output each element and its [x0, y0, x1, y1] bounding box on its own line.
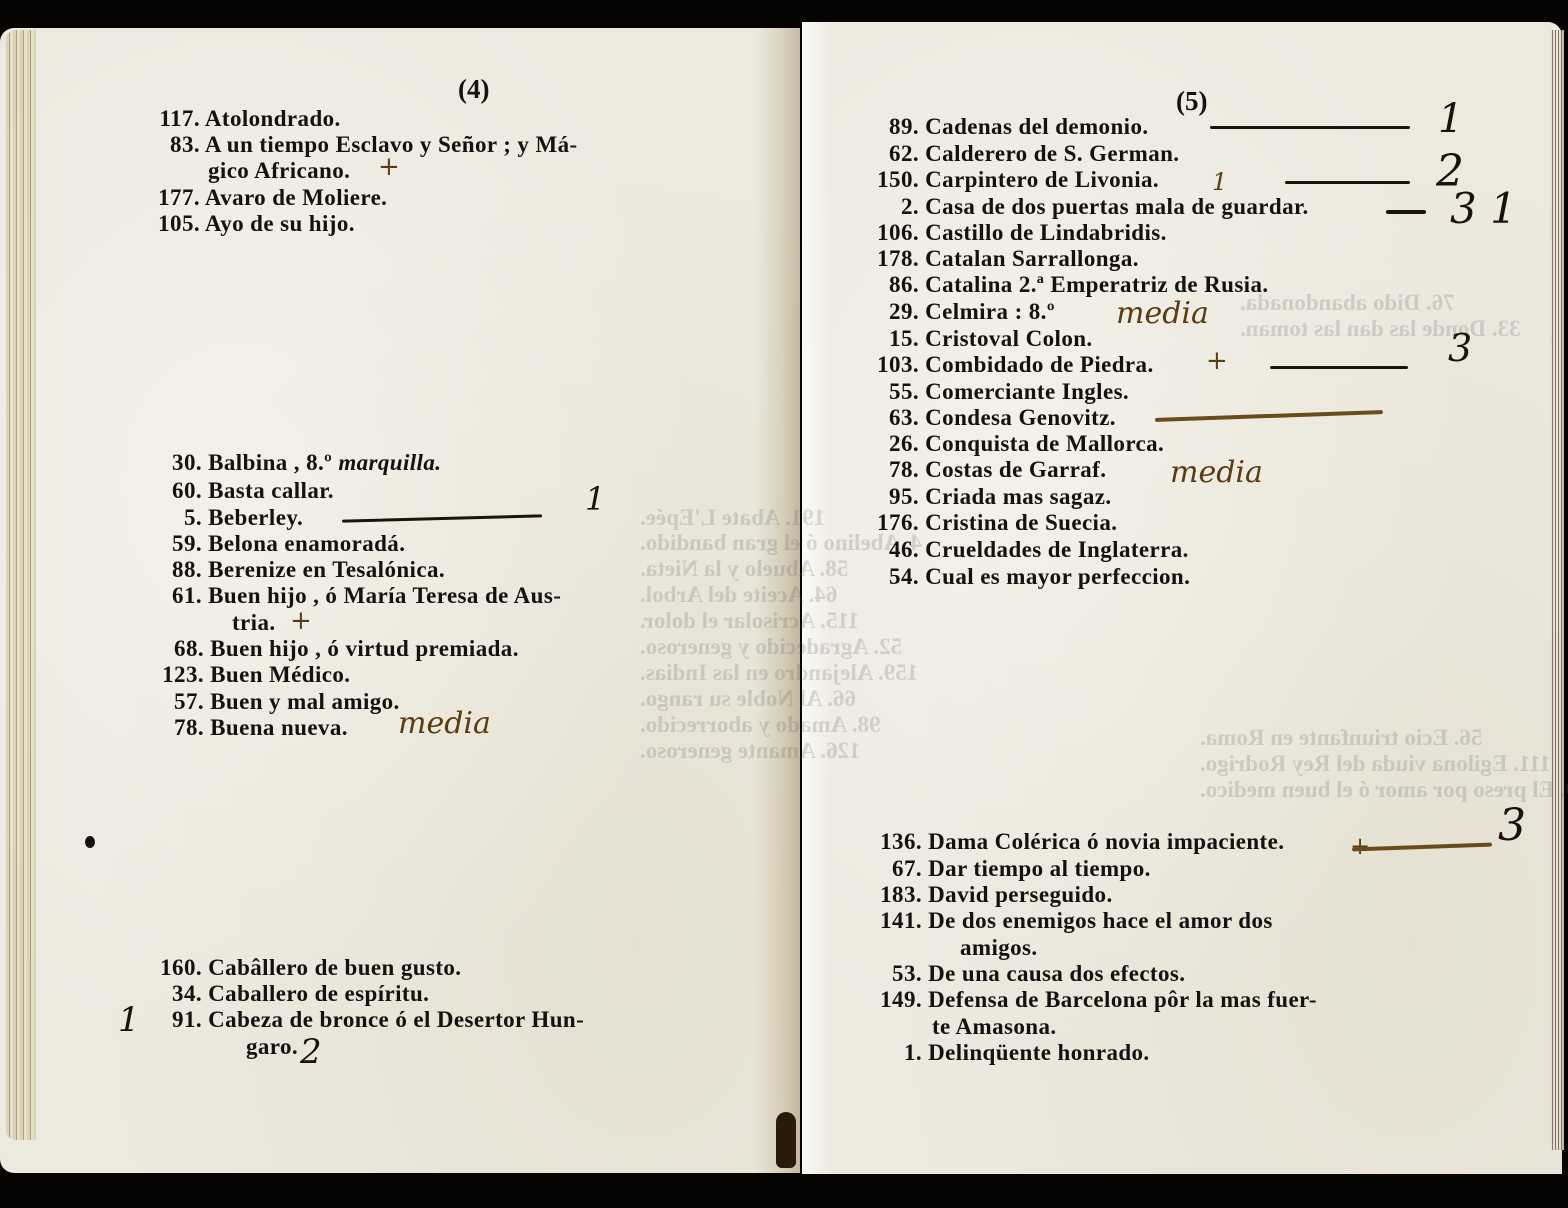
- catalog-entry: 105. Ayo de su hijo.: [112, 211, 355, 237]
- page-number: (5): [1176, 86, 1207, 117]
- catalog-entry: 177. Avaro de Moliere.: [112, 185, 387, 211]
- catalog-entry: 149. Defensa de Barcelona pôr la mas fue…: [837, 987, 1317, 1013]
- handwritten-mark: +: [1206, 346, 1228, 376]
- catalog-entry: 83. A un tiempo Esclavo y Señor ; y Má-: [112, 132, 578, 158]
- bleed-through-text: 58. Abuelo y la Nieta.: [640, 556, 848, 582]
- catalog-entry: 26. Conquista de Mallorca.: [834, 431, 1164, 457]
- catalog-entry: 29. Celmira : 8.º: [834, 299, 1055, 325]
- ink-stain: [776, 1112, 796, 1168]
- catalog-entry: 68. Buen hijo , ó virtud premiada.: [116, 636, 519, 662]
- catalog-entry: 46. Crueldades de Inglaterra.: [834, 537, 1189, 563]
- bleed-through-text: 126. Amante generoso.: [640, 738, 861, 764]
- catalog-entry: 95. Criada mas sagaz.: [834, 484, 1111, 510]
- handwritten-mark: 3: [1498, 800, 1526, 851]
- catalog-entry: 67. Dar tiempo al tiempo.: [837, 856, 1151, 882]
- catalog-entry: 78. Buena nueva.: [116, 715, 348, 741]
- catalog-entry: 78. Costas de Garraf.: [834, 457, 1106, 483]
- handwritten-mark: 3 1: [1450, 184, 1517, 233]
- handwritten-note: media: [1170, 455, 1263, 490]
- left-page-edges: [6, 30, 36, 1140]
- bleed-through-text: 111. Egilona viuda del Rey Rodrigo.: [1200, 751, 1551, 777]
- bleed-through-text: 52. Agradecido y generoso.: [640, 634, 902, 660]
- catalog-entry: 176. Cristina de Suecia.: [834, 510, 1117, 536]
- catalog-entry: 86. Catalina 2.ª Emperatriz de Rusia.: [834, 272, 1269, 298]
- catalog-entry: 117. Atolondrado.: [112, 106, 341, 132]
- handwritten-mark: +: [290, 606, 312, 636]
- catalog-entry: 88. Berenize en Tesalónica.: [114, 557, 445, 583]
- bleed-through-text: 191. Abate L'Epée.: [640, 505, 825, 531]
- catalog-entry: 15. Cristoval Colon.: [834, 326, 1093, 352]
- bleed-through-text: 56. Ecio triunfante en Roma.: [1200, 725, 1482, 751]
- catalog-entry: 141. De dos enemigos hace el amor dos: [837, 908, 1273, 934]
- ink-dot: [85, 836, 95, 848]
- handwritten-line: [1210, 126, 1410, 129]
- catalog-entry: 53. De una causa dos efectos.: [837, 961, 1185, 987]
- handwritten-note: media: [398, 706, 491, 741]
- bleed-through-text: 33. Donde las dan las toman.: [1240, 316, 1521, 342]
- handwritten-mark: +: [378, 152, 400, 182]
- entry-continuation: tria.: [232, 610, 276, 636]
- handwritten-mark: 1: [1438, 96, 1463, 142]
- bleed-through-text: 64. Aceite del Arbol.: [640, 582, 837, 608]
- catalog-entry: 30. Balbina , 8.º marquilla.: [114, 450, 441, 476]
- catalog-entry: 103. Combidado de Piedra.: [834, 352, 1154, 378]
- catalog-entry: 1. Delinqüente honrado.: [837, 1040, 1150, 1066]
- handwritten-mark: 1: [118, 1000, 140, 1040]
- handwritten-mark: 1: [585, 480, 605, 518]
- open-book-scan: 191. Abate L'Epée. 4. Abelino ó el gran …: [0, 0, 1568, 1208]
- catalog-entry: 55. Comerciante Ingles.: [834, 379, 1129, 405]
- handwritten-line: [1285, 181, 1410, 184]
- page-number: (4): [458, 74, 489, 105]
- catalog-entry: 136. Dama Colérica ó novia impaciente.: [837, 829, 1284, 855]
- catalog-entry: 5. Beberley.: [114, 505, 303, 531]
- catalog-entry: 91. Cabeza de bronce ó el Desertor Hun-: [114, 1007, 584, 1033]
- bleed-through-text: 76. Dido abandonada.: [1240, 290, 1455, 316]
- catalog-entry: 54. Cual es mayor perfeccion.: [834, 564, 1190, 590]
- bleed-through-text: 98. Amado y aborrecido.: [640, 712, 880, 738]
- catalog-entry: 150. Carpintero de Livonia.: [834, 167, 1159, 193]
- catalog-entry: 123. Buen Médico.: [116, 662, 350, 688]
- entry-continuation: gico Africano.: [208, 158, 350, 184]
- bleed-through-text: 115. Acrisolar el dolor.: [640, 608, 859, 634]
- entry-continuation: garo.: [246, 1034, 298, 1060]
- catalog-entry: 60. Basta callar.: [114, 478, 334, 504]
- handwritten-mark: 2: [300, 1032, 322, 1072]
- handwritten-mark: 3: [1448, 326, 1472, 370]
- catalog-entry: 89. Cadenas del demonio.: [834, 114, 1149, 140]
- catalog-entry: 59. Belona enamoradá.: [114, 531, 405, 557]
- catalog-entry: 62. Calderero de S. German.: [834, 141, 1179, 167]
- handwritten-note: media: [1116, 296, 1209, 331]
- handwritten-line: [1386, 210, 1426, 214]
- bleed-through-text: 159. Alejandro en las Indias.: [640, 660, 918, 686]
- catalog-entry: 34. Caballero de espíritu.: [114, 981, 429, 1007]
- handwritten-mark: 1: [1212, 168, 1227, 196]
- entry-continuation: amigos.: [960, 935, 1038, 961]
- catalog-entry: 160. Cabâllero de buen gusto.: [114, 955, 461, 981]
- entry-continuation: te Amasona.: [932, 1014, 1057, 1040]
- catalog-entry: 63. Condesa Genovitz.: [834, 405, 1116, 431]
- catalog-entry: 61. Buen hijo , ó María Teresa de Aus-: [114, 583, 561, 609]
- catalog-entry: 178. Catalan Sarrallonga.: [834, 246, 1139, 272]
- catalog-entry: 57. Buen y mal amigo.: [116, 689, 400, 715]
- handwritten-line: [1270, 366, 1408, 369]
- bleed-through-text: 66. Al Noble su rango.: [640, 686, 856, 712]
- catalog-entry: 2. Casa de dos puertas mala de guardar.: [834, 194, 1309, 220]
- catalog-entry: 106. Castillo de Lindabridis.: [834, 220, 1167, 246]
- right-page-edges: [1550, 30, 1564, 1150]
- catalog-entry: 183. David perseguido.: [837, 882, 1113, 908]
